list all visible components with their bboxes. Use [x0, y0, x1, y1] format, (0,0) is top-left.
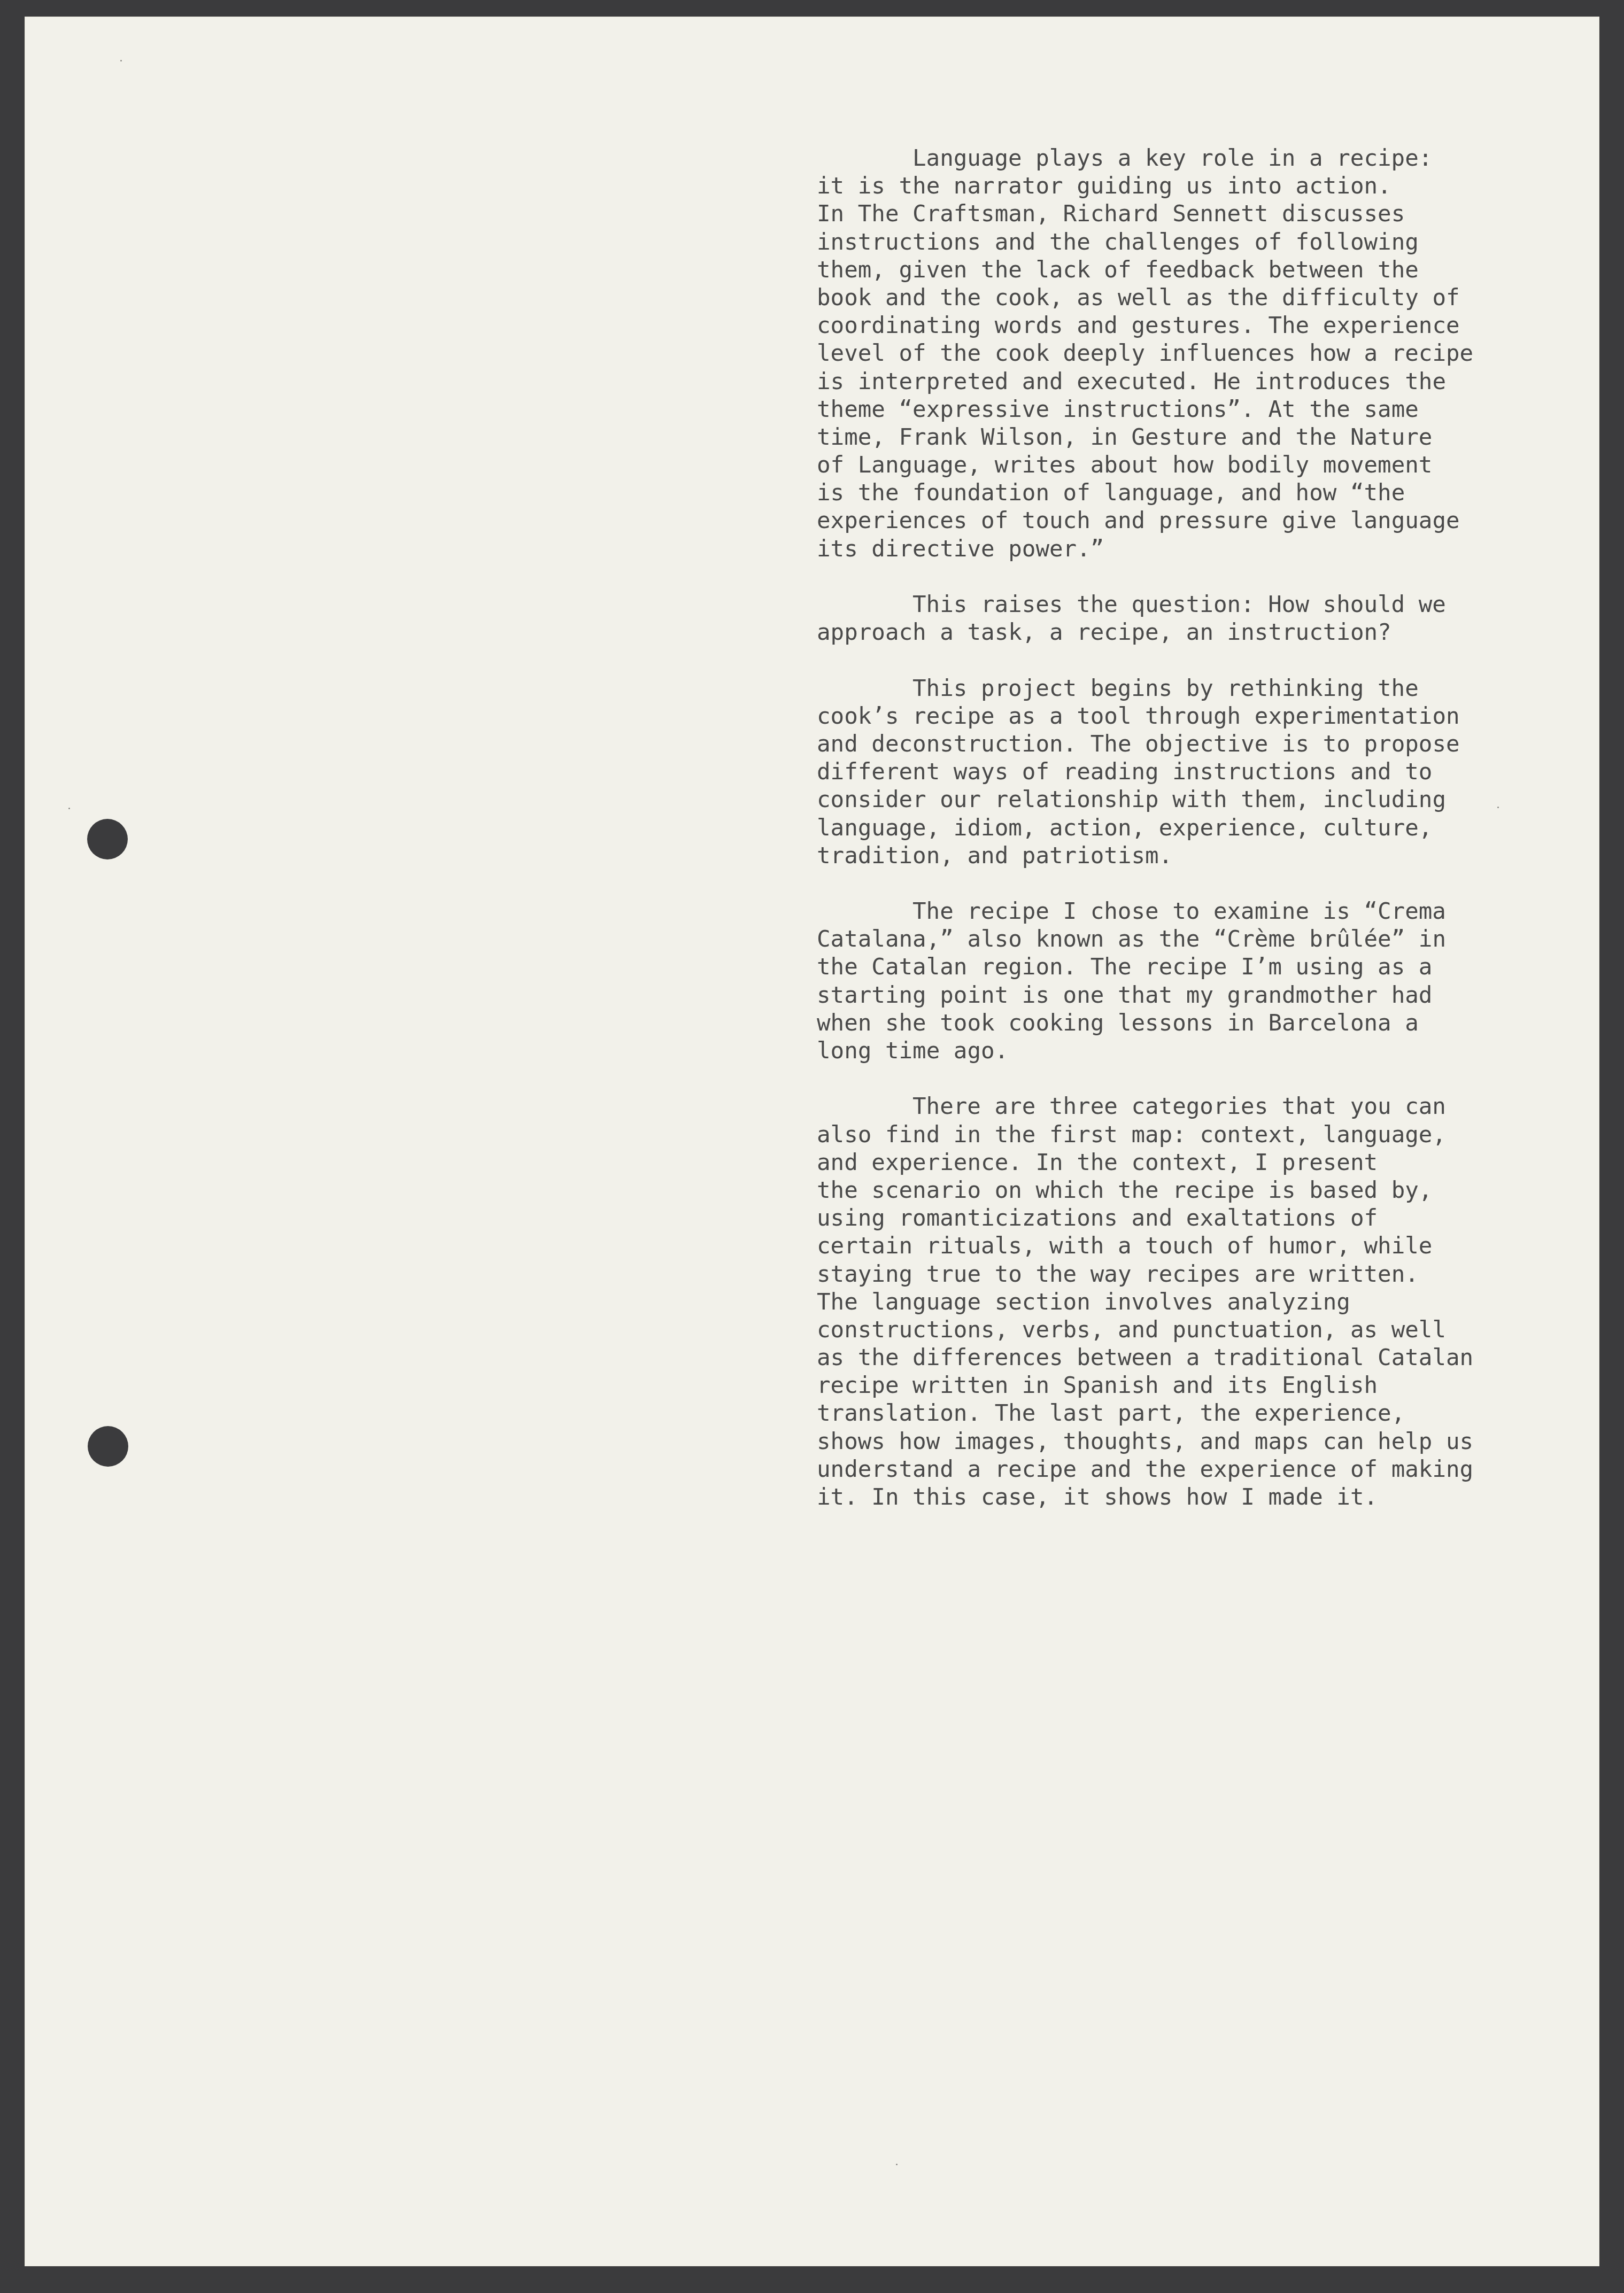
text-line: starting point is one that my grandmothe… [817, 982, 1473, 1010]
text-line: and experience. In the context, I presen… [817, 1149, 1473, 1177]
text-line: cook’s recipe as a tool through experime… [817, 703, 1473, 731]
text-line: consider our relationship with them, inc… [817, 786, 1473, 814]
paragraph: The recipe I chose to examine is “CremaC… [817, 898, 1473, 1065]
paper-speck [120, 60, 122, 61]
paragraph: Language plays a key role in a recipe:it… [817, 145, 1473, 563]
text-line: time, Frank Wilson, in Gesture and the N… [817, 424, 1473, 452]
text-line: constructions, verbs, and punctuation, a… [817, 1316, 1473, 1344]
text-line: The recipe I chose to examine is “Crema [817, 898, 1473, 926]
text-line: using romanticizations and exaltations o… [817, 1205, 1473, 1233]
text-line: is interpreted and executed. He introduc… [817, 368, 1473, 396]
paper-speck [896, 2164, 898, 2165]
text-line: shows how images, thoughts, and maps can… [817, 1428, 1473, 1456]
text-line: Catalana,” also known as the “Crème brûl… [817, 926, 1473, 954]
paragraph: This raises the question: How should wea… [817, 591, 1473, 647]
text-line: also find in the first map: context, lan… [817, 1121, 1473, 1149]
text-line: translation. The last part, the experien… [817, 1400, 1473, 1428]
text-line: There are three categories that you can [817, 1093, 1473, 1121]
text-line: understand a recipe and the experience o… [817, 1456, 1473, 1484]
punch-hole-lower [88, 1426, 128, 1467]
text-line: and deconstruction. The objective is to … [817, 731, 1473, 758]
text-line: This raises the question: How should we [817, 591, 1473, 619]
text-line: language, idiom, action, experience, cul… [817, 815, 1473, 842]
body-text: Language plays a key role in a recipe:it… [817, 145, 1473, 1512]
text-line: when she took cooking lessons in Barcelo… [817, 1010, 1473, 1037]
text-line: tradition, and patriotism. [817, 842, 1473, 870]
text-line: In The Craftsman, Richard Sennett discus… [817, 200, 1473, 228]
text-line: book and the cook, as well as the diffic… [817, 284, 1473, 312]
text-line: as the differences between a traditional… [817, 1344, 1473, 1372]
text-line: long time ago. [817, 1037, 1473, 1065]
text-line: This project begins by rethinking the [817, 675, 1473, 703]
text-line: the scenario on which the recipe is base… [817, 1177, 1473, 1205]
text-line: it. In this case, it shows how I made it… [817, 1484, 1473, 1512]
text-line: instructions and the challenges of follo… [817, 229, 1473, 257]
paper-speck [1497, 807, 1499, 808]
paper-speck [68, 808, 70, 809]
text-line: approach a task, a recipe, an instructio… [817, 619, 1473, 647]
text-line: of Language, writes about how bodily mov… [817, 452, 1473, 479]
text-line: level of the cook deeply influences how … [817, 340, 1473, 368]
text-line: them, given the lack of feedback between… [817, 257, 1473, 284]
text-line: experiences of touch and pressure give l… [817, 507, 1473, 535]
text-line: certain rituals, with a touch of humor, … [817, 1233, 1473, 1260]
text-line: recipe written in Spanish and its Englis… [817, 1372, 1473, 1400]
text-line: different ways of reading instructions a… [817, 758, 1473, 786]
text-line: staying true to the way recipes are writ… [817, 1261, 1473, 1289]
text-line: is the foundation of language, and how “… [817, 479, 1473, 507]
paper-sheet: Language plays a key role in a recipe:it… [25, 17, 1599, 2266]
text-line: it is the narrator guiding us into actio… [817, 173, 1473, 200]
punch-hole-upper [87, 819, 128, 859]
text-line: coordinating words and gestures. The exp… [817, 312, 1473, 340]
text-line: its directive power.” [817, 536, 1473, 563]
paragraph: This project begins by rethinking thecoo… [817, 675, 1473, 870]
text-line: theme “expressive instructions”. At the … [817, 396, 1473, 424]
text-line: The language section involves analyzing [817, 1289, 1473, 1316]
paragraph: There are three categories that you cana… [817, 1093, 1473, 1512]
text-line: the Catalan region. The recipe I’m using… [817, 954, 1473, 981]
text-line: Language plays a key role in a recipe: [817, 145, 1473, 173]
